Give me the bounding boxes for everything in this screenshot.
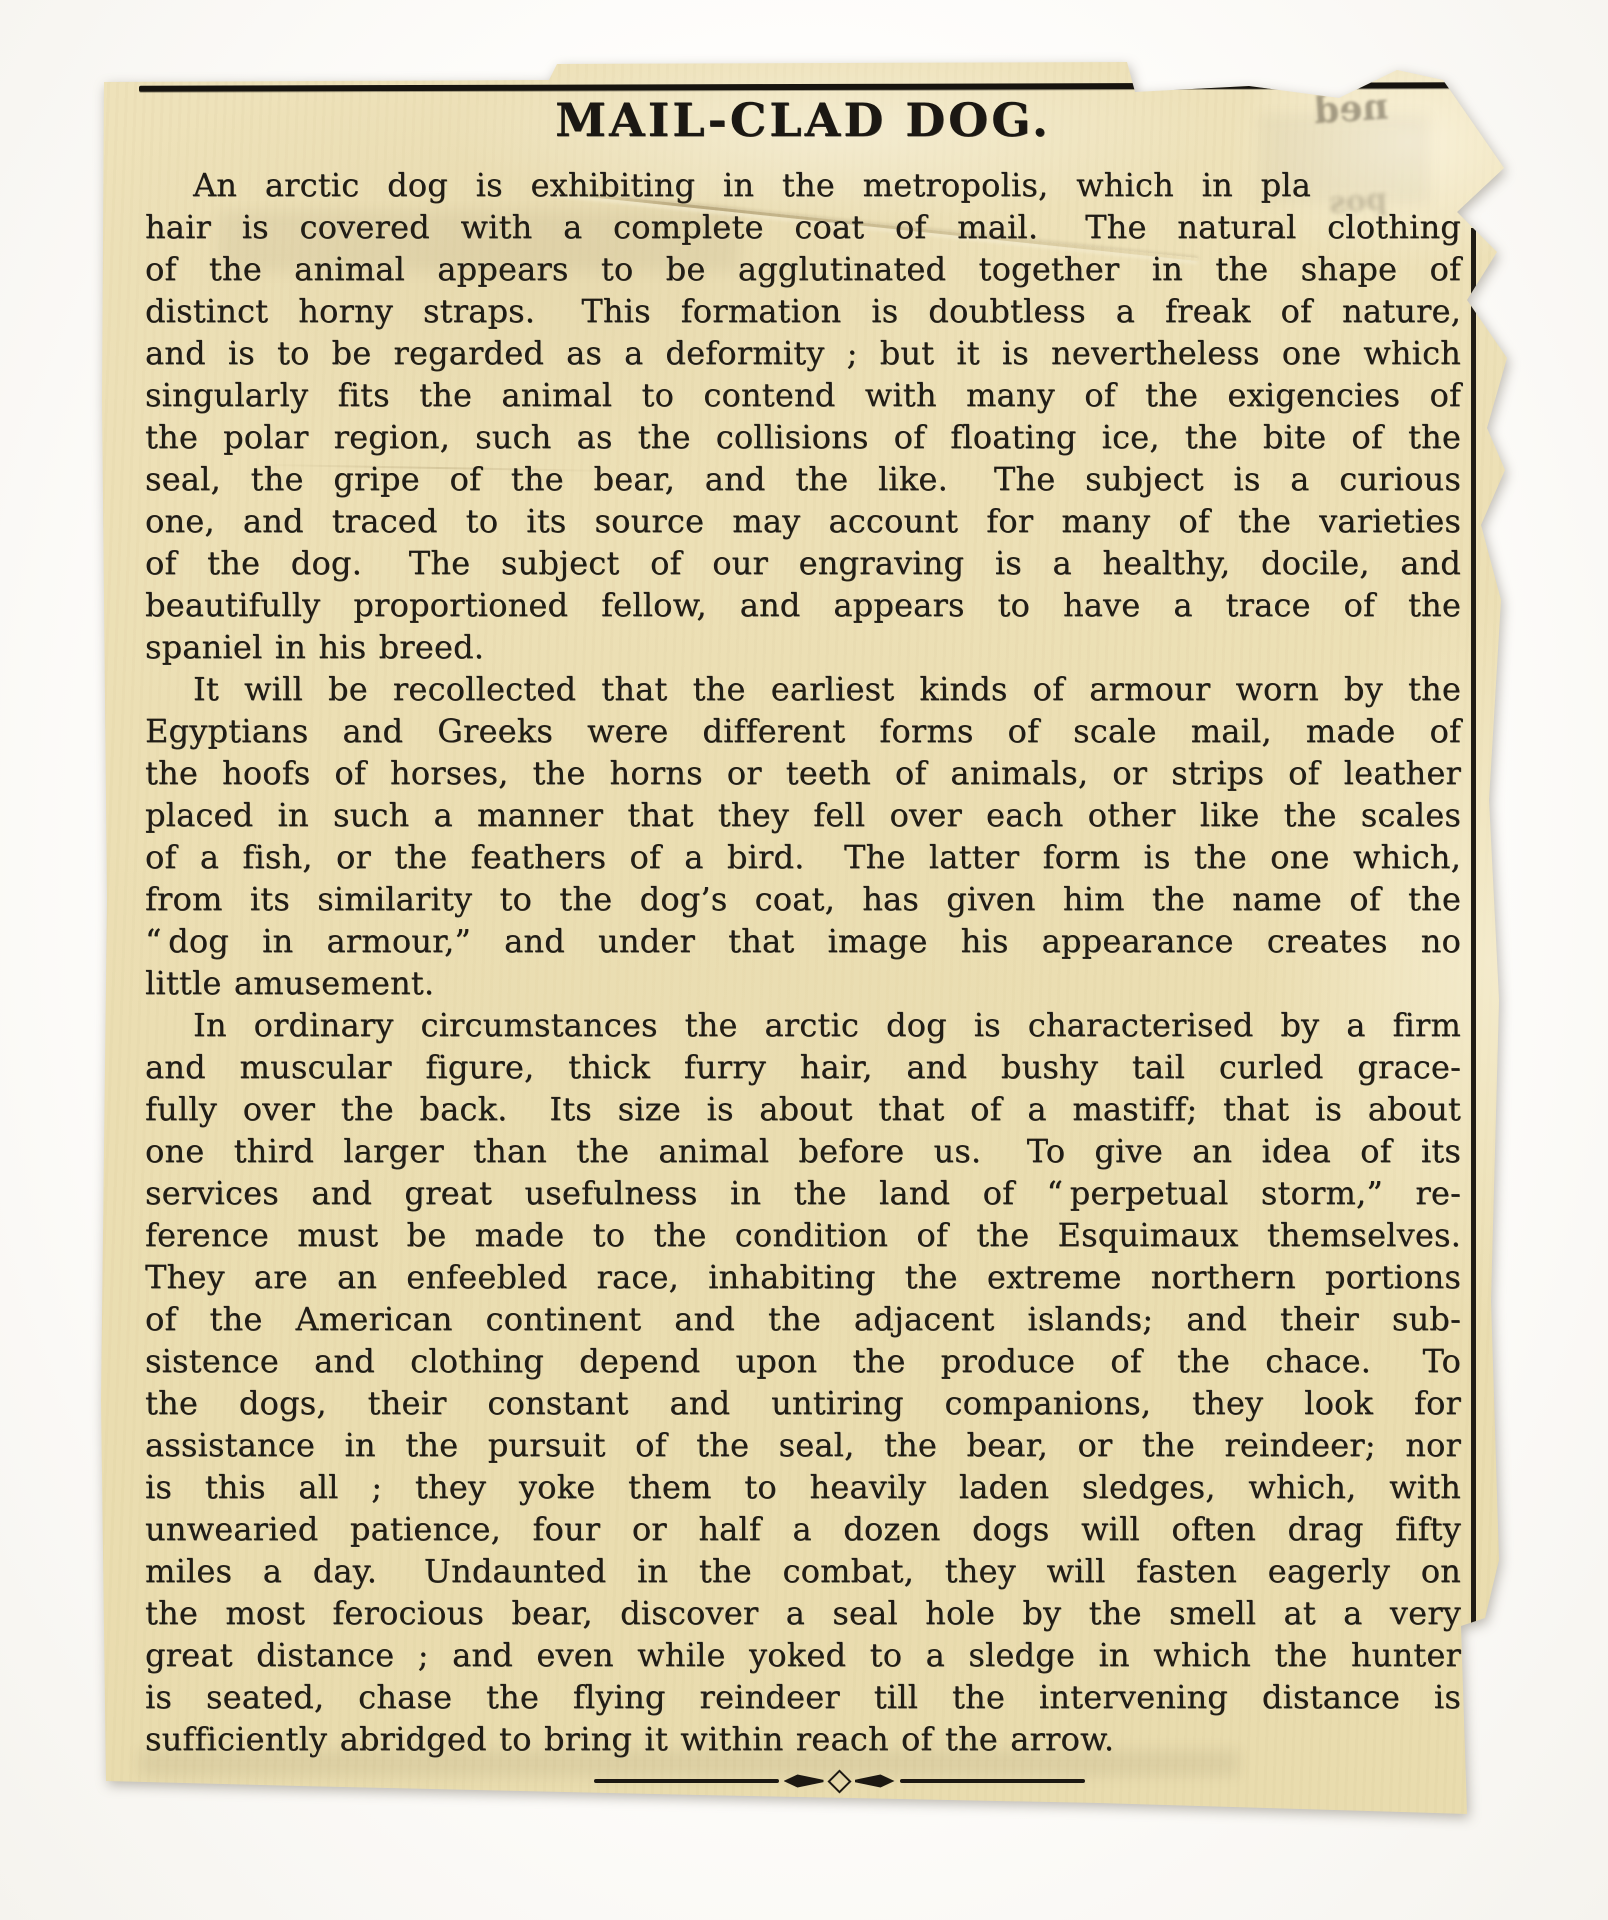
text-line: “ dog in armour,” and under that image h… (145, 920, 1461, 962)
article-body: An arctic dog is exhibiting in the metro… (145, 164, 1461, 1760)
text-line: spaniel in his breed. (145, 626, 1461, 668)
text-line: They are an enfeebled race, inhabiting t… (145, 1256, 1461, 1298)
text-line: hair is covered with a complete coat of … (145, 206, 1461, 248)
text-line: assistance in the pursuit of the seal, t… (145, 1424, 1461, 1466)
clipping-shadow-wrapper: ned pos MAIL-CLAD DOG. An arctic dog is … (0, 0, 1608, 1920)
text-line: the hoofs of horses, the horns or teeth … (145, 752, 1461, 794)
text-line: from its similarity to the dog’s coat, h… (145, 878, 1461, 920)
text-line: seal, the gripe of the bear, and the lik… (145, 458, 1461, 500)
text-line: placed in such a manner that they fell o… (145, 794, 1461, 836)
text-line: is this all ; they yoke them to heavily … (145, 1466, 1461, 1508)
column-rule (1471, 228, 1476, 1814)
text-line: sufficiently abridged to bring it within… (145, 1718, 1461, 1760)
article-title: MAIL-CLAD DOG. (145, 90, 1461, 150)
text-line: is seated, chase the flying reindeer til… (145, 1676, 1461, 1718)
diamond-icon (827, 1769, 851, 1793)
text-line: and is to be regarded as a deformity ; b… (145, 332, 1461, 374)
text-line: great distance ; and even while yoked to… (145, 1634, 1461, 1676)
text-line: one third larger than the animal before … (145, 1130, 1461, 1172)
text-line: fully over the back. Its size is about t… (145, 1088, 1461, 1130)
text-line: of the American continent and the adjace… (145, 1298, 1461, 1340)
text-line: distinct horny straps. This formation is… (145, 290, 1461, 332)
text-line: of a fish, or the feathers of a bird. Th… (145, 836, 1461, 878)
text-line: of the dog. The subject of our engraving… (145, 542, 1461, 584)
diamond-icon (784, 1774, 824, 1788)
text-line: of the animal appears to be agglutinated… (145, 248, 1461, 290)
ornament-rule-right (900, 1779, 1085, 1783)
text-line: An arctic dog is exhibiting in the metro… (145, 164, 1461, 206)
text-line: beautifully proportioned fellow, and app… (145, 584, 1461, 626)
text-line: one, and traced to its source may accoun… (145, 500, 1461, 542)
divider-ornament (559, 1772, 1119, 1790)
text-line: miles a day. Undaunted in the combat, th… (145, 1550, 1461, 1592)
text-line: unwearied patience, four or half a dozen… (145, 1508, 1461, 1550)
text-line: the dogs, their constant and untiring co… (145, 1382, 1461, 1424)
text-line: services and great usefulness in the lan… (145, 1172, 1461, 1214)
text-line: and muscular figure, thick furry hair, a… (145, 1046, 1461, 1088)
text-line: ference must be made to the condition of… (145, 1214, 1461, 1256)
text-line: In ordinary circumstances the arctic dog… (145, 1004, 1461, 1046)
diamond-icon (855, 1774, 895, 1788)
text-line: little amusement. (145, 962, 1461, 1004)
text-line: the polar region, such as the collisions… (145, 416, 1461, 458)
text-line: the most ferocious bear, discover a seal… (145, 1592, 1461, 1634)
newspaper-clipping: ned pos MAIL-CLAD DOG. An arctic dog is … (99, 62, 1509, 1814)
text-line: Egyptians and Greeks were different form… (145, 710, 1461, 752)
scan-background: { "document": { "title": "MAIL-CLAD DOG.… (0, 0, 1608, 1920)
text-line: sistence and clothing depend upon the pr… (145, 1340, 1461, 1382)
text-line: It will be recollected that the earliest… (145, 668, 1461, 710)
text-line: singularly fits the animal to contend wi… (145, 374, 1461, 416)
ornament-rule-left (594, 1779, 779, 1783)
